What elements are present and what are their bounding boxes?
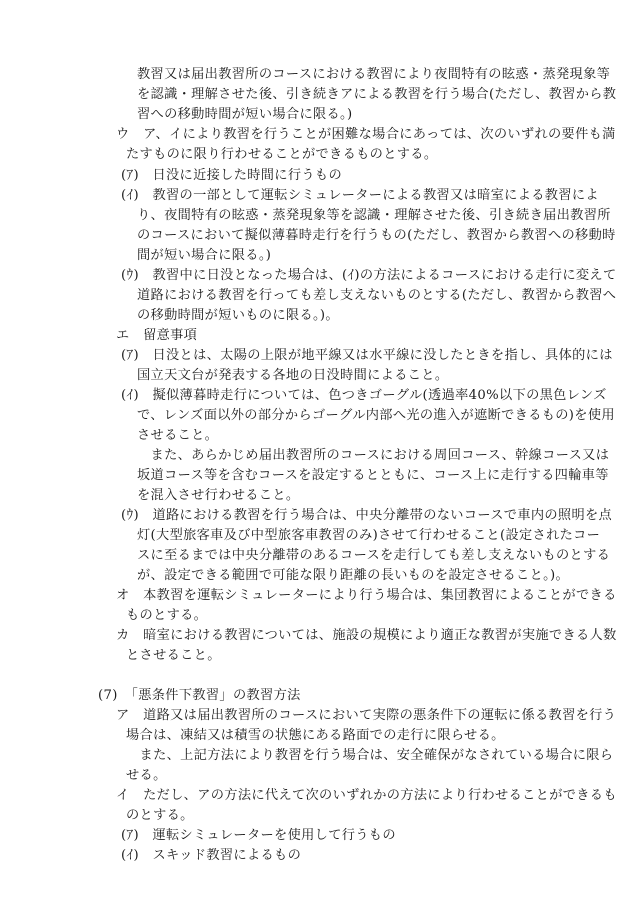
text-line: (ｳ) 道路における教習を行う場合は、中央分離帯のないコースで車内の照明を点	[121, 506, 612, 525]
text-line: を認識・理解させた後、引き続きアによる教習を行う場合(ただし、教習から教	[137, 85, 616, 104]
text-line: ものとする。	[126, 606, 207, 625]
text-line: ア 道路又は届出教習所のコースにおいて実際の悪条件下の運転に係る教習を行う	[116, 706, 616, 725]
text-line: 灯(大型旅客車及び中型旅客車教習のみ)させて行わせること(設定されたコー	[137, 526, 600, 545]
text-line: (ｱ) 運転シミュレーターを使用して行うもの	[121, 826, 396, 845]
text-line: の移動時間が短いものに限る。)。	[137, 306, 339, 325]
text-line: せる。	[126, 766, 167, 785]
text-line: カ 暗室における教習については、施設の規模により適正な教習が実施できる人数	[116, 626, 617, 645]
text-line: また、あらかじめ届出教習所のコースにおける周回コース、幹線コース又は	[137, 446, 609, 465]
text-line: (ｱ) 日没に近接した時間に行うもの	[121, 166, 342, 185]
text-line: で、レンズ面以外の部分からゴーグル内部へ光の進入が遮断できるもの)を使用	[137, 406, 615, 425]
text-line: スに至るまでは中央分離帯のあるコースを走行しても差し支えないものとする	[137, 546, 610, 565]
text-line: ウ ア、イにより教習を行うことが困難な場合にあっては、次のいずれの要件も満	[116, 125, 616, 144]
text-line: 坂道コース等を含むコースを設定するとともに、コース上に走行する四輪車等	[137, 466, 609, 485]
text-line: り、夜間特有の眩惑・蒸発現象等を認識・理解させた後、引き続き届出教習所	[137, 206, 611, 225]
text-line: (ｲ) スキッド教習によるもの	[121, 846, 301, 865]
text-line: (ｳ) 教習中に日没となった場合は、(ｲ)の方法によるコースにおける走行に変えて	[121, 266, 616, 285]
text-line: 国立天文台が発表する各地の日没時間によること。	[137, 366, 448, 385]
text-line: (ｲ) 教習の一部として運転シミュレーターによる教習又は暗室による教習によ	[121, 186, 599, 205]
text-line: また、上記方法により教習を行う場合は、安全確保がなされている場合に限ら	[126, 746, 613, 765]
text-line: が、設定できる範囲で可能な限り距離の長いものを設定させること。)。	[137, 566, 569, 585]
text-line: たすものに限り行わせることができるものとする。	[126, 145, 437, 164]
text-line: のとする。	[126, 806, 194, 825]
text-line: 間が短い場合に限る。)	[137, 246, 271, 265]
text-line: 場合は、凍結又は積雪の状態にある路面での走行に限らせる。	[126, 726, 505, 745]
text-line: 道路における教習を行っても差し支えないものとする(ただし、教習から教習へ	[137, 286, 616, 305]
text-line: (ｱ) 日没とは、太陽の上限が地平線又は水平線に没したときを指し、具体的には	[121, 346, 613, 365]
text-line: を混入させ行わせること。	[137, 486, 299, 505]
text-line: オ 本教習を運転シミュレーターにより行う場合は、集団教習によることができる	[116, 586, 617, 605]
text-line: (ｲ) 擬似薄暮時走行については、色つきゴーグル(透過率40%以下の黒色レンズ	[121, 386, 607, 405]
text-line: させること。	[137, 426, 218, 445]
text-line: とさせること。	[126, 646, 221, 665]
text-line: 教習又は届出教習所のコースにおける教習により夜間特有の眩惑・蒸発現象等	[137, 65, 610, 84]
text-line: イ ただし、アの方法に代えて次のいずれかの方法により行わせることができるも	[116, 786, 617, 805]
text-line: (7) 「悪条件下教習」の教習方法	[98, 686, 301, 705]
text-line: 習への移動時間が短い場合に限る。)	[137, 105, 353, 124]
text-line: のコースにおいて擬似薄暮時走行を行うもの(ただし、教習から教習への移動時	[137, 226, 616, 245]
document-page: 教習又は届出教習所のコースにおける教習により夜間特有の眩惑・蒸発現象等を認識・理…	[0, 0, 630, 903]
text-line: エ 留意事項	[116, 326, 197, 345]
